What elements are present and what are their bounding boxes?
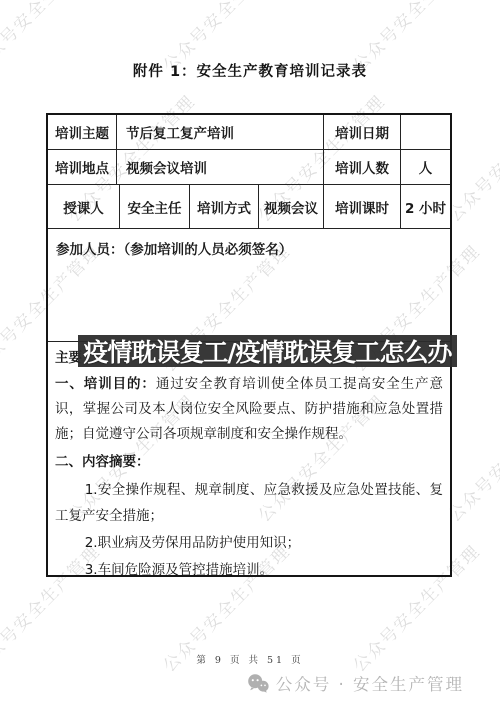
cell-lecturer-value: 安全主任 bbox=[120, 185, 190, 228]
training-content-area: 主要 一、培训目的：通过安全教育培训使全体员工提高安全生产意识，掌握公司及本人岗… bbox=[48, 342, 450, 575]
cell-training-place-value: 视频会议培训 bbox=[117, 150, 324, 184]
cell-attendee-count-label: 培训人数 bbox=[324, 150, 401, 184]
training-purpose-label: 一、培训目的： bbox=[55, 376, 156, 392]
cell-lecturer-label: 授课人 bbox=[48, 185, 120, 228]
table-row: 培训主题 节后复工复产培训 培训日期 bbox=[48, 115, 450, 150]
cell-training-date-label: 培训日期 bbox=[324, 115, 401, 149]
summary-item-3: 3.车间危险源及管控措施培训。 bbox=[55, 557, 443, 583]
training-purpose-paragraph: 一、培训目的：通过安全教育培训使全体员工提高安全生产意识，掌握公司及本人岗位安全… bbox=[55, 372, 443, 447]
brand-footer: 公众号 · 安全生产管理 bbox=[247, 671, 464, 695]
overlay-banner: 疫情耽误复工/疫情耽误复工怎么办 bbox=[78, 335, 457, 367]
cell-training-method-value: 视频会议 bbox=[259, 185, 324, 228]
cell-training-hours-label: 培训课时 bbox=[324, 185, 401, 228]
page-number: 第 9 页 共 51 页 bbox=[0, 652, 500, 666]
cell-training-hours-value: 2 小时 bbox=[401, 185, 450, 228]
document-page: 公众号安全生产管理公众号安全生产管理公众号安全生产管理公众号安全生产管理公众号安… bbox=[0, 0, 500, 706]
participants-signature-area: 参加人员：（参加培训的人员必须签名） bbox=[48, 229, 450, 267]
cell-training-method-label: 培训方式 bbox=[190, 185, 259, 228]
cell-training-date-value bbox=[401, 115, 450, 149]
document-title: 附件 1：安全生产教育培训记录表 bbox=[0, 60, 500, 81]
summary-item-2: 2.职业病及劳保用品防护使用知识； bbox=[55, 530, 443, 556]
table-row: 主要 一、培训目的：通过安全教育培训使全体员工提高安全生产意识，掌握公司及本人岗… bbox=[48, 342, 450, 575]
cell-training-place-label: 培训地点 bbox=[48, 150, 117, 184]
content-summary-label: 二、内容摘要： bbox=[55, 449, 443, 476]
wechat-icon bbox=[247, 674, 269, 693]
table-row: 培训地点 视频会议培训 培训人数 人 bbox=[48, 150, 450, 185]
cell-attendee-count-value: 人 bbox=[401, 150, 450, 184]
cell-training-topic-label: 培训主题 bbox=[48, 115, 117, 149]
summary-item-1: 1.安全操作规程、规章制度、应急救援及应急处置技能、复工复产安全措施； bbox=[55, 477, 443, 529]
table-row: 参加人员：（参加培训的人员必须签名） bbox=[48, 229, 450, 342]
table-row: 授课人 安全主任 培训方式 视频会议 培训课时 2 小时 bbox=[48, 185, 450, 229]
brand-label: 公众号 · 安全生产管理 bbox=[276, 671, 464, 695]
cell-training-topic-value: 节后复工复产培训 bbox=[117, 115, 324, 149]
